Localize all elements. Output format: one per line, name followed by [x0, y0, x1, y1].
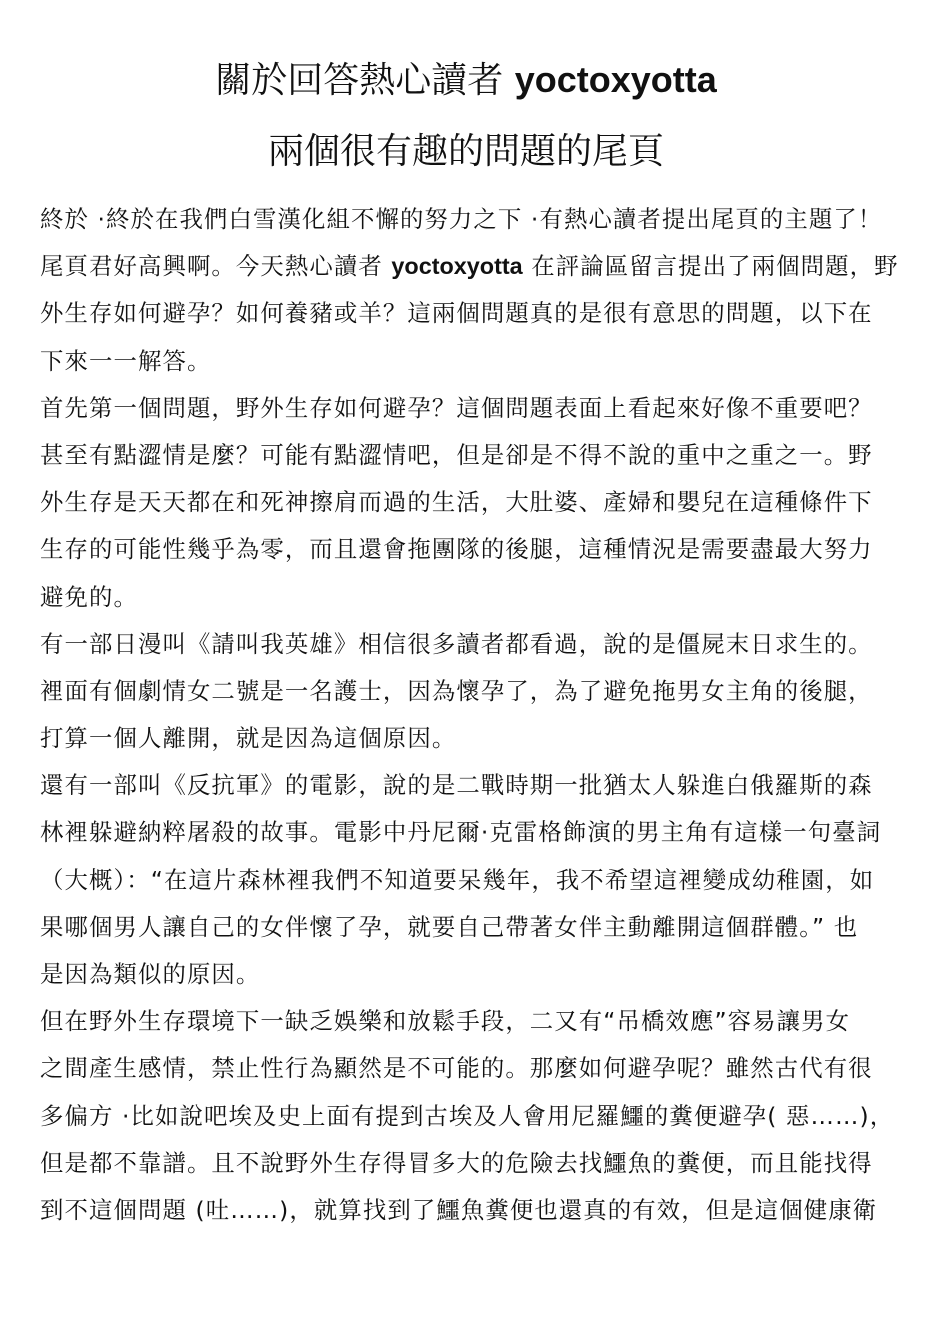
text-line: 到不這個問題 (吐……)，就算找到了鱷魚糞便也還真的有效，但是這個健康衛	[40, 1187, 896, 1234]
page-title-line-2: 兩個很有趣的問題的尾頁	[0, 130, 932, 174]
text-line: 甚至有點澀情是麼？可能有點澀情吧，但是卻是不得不說的重中之重之一。野	[40, 432, 896, 479]
text-segment: 在評論區留言提出了兩個問題，野	[523, 252, 899, 280]
text-line: 首先第一個問題，野外生存如何避孕？這個問題表面上看起來好像不重要吧？	[40, 385, 896, 432]
title-username: yoctoxyotta	[515, 59, 717, 100]
page-title-line-1: 關於回答熱心讀者 yoctoxyotta	[0, 58, 932, 103]
text-line: 避免的。	[40, 574, 896, 621]
text-line: 外生存如何避孕？如何養豬或羊？這兩個問題真的是很有意思的問題，以下在	[40, 290, 896, 337]
text-line: 林裡躲避納粹屠殺的故事。電影中丹尼爾·克雷格飾演的男主角有這樣一句臺詞	[40, 809, 896, 856]
text-line: （大概）：“在這片森林裡我們不知道要呆幾年，我不希望這裡變成幼稚園，如	[40, 857, 896, 904]
text-line: 外生存是天天都在和死神擦肩而過的生活，大肚婆、產婦和嬰兒在這種條件下	[40, 479, 896, 526]
text-line: 有一部日漫叫《請叫我英雄》相信很多讀者都看過，說的是僵屍末日求生的。	[40, 621, 896, 668]
text-line: 但是都不靠譜。且不說野外生存得冒多大的危險去找鱷魚的糞便，而且能找得	[40, 1140, 896, 1187]
text-line: 終於 ·終於在我們白雪漢化組不懈的努力之下 ·有熱心讀者提出尾頁的主題了！	[40, 196, 896, 243]
article-body: 終於 ·終於在我們白雪漢化組不懈的努力之下 ·有熱心讀者提出尾頁的主題了！ 尾頁…	[40, 196, 896, 1234]
text-line: 打算一個人離開，就是因為這個原因。	[40, 715, 896, 762]
username-mention: yoctoxyotta	[391, 253, 522, 279]
text-line: 果哪個男人讓自己的女伴懷了孕，就要自己帶著女伴主動離開這個群體。” 也	[40, 904, 896, 951]
text-line: 尾頁君好高興啊。今天熱心讀者 yoctoxyotta 在評論區留言提出了兩個問題…	[40, 243, 896, 290]
text-segment: 尾頁君好高興啊。今天熱心讀者	[40, 252, 391, 280]
title-text: 關於回答熱心讀者	[215, 60, 514, 101]
document-page: 關於回答熱心讀者 yoctoxyotta 兩個很有趣的問題的尾頁 終於 ·終於在…	[0, 0, 932, 1318]
text-line: 之間產生感情，禁止性行為顯然是不可能的。那麼如何避孕呢？雖然古代有很	[40, 1045, 896, 1092]
text-line: 下來一一解答。	[40, 338, 896, 385]
text-line: 是因為類似的原因。	[40, 951, 896, 998]
text-line: 生存的可能性幾乎為零，而且還會拖團隊的後腿，這種情況是需要盡最大努力	[40, 526, 896, 573]
text-line: 但在野外生存環境下一缺乏娛樂和放鬆手段，二又有“吊橋效應”容易讓男女	[40, 998, 896, 1045]
text-line: 裡面有個劇情女二號是一名護士，因為懷孕了，為了避免拖男女主角的後腿，	[40, 668, 896, 715]
text-line: 還有一部叫《反抗軍》的電影，說的是二戰時期一批猶太人躲進白俄羅斯的森	[40, 762, 896, 809]
text-line: 多偏方 ·比如說吧埃及史上面有提到古埃及人會用尼羅鱷的糞便避孕( 惡……)，	[40, 1093, 896, 1140]
